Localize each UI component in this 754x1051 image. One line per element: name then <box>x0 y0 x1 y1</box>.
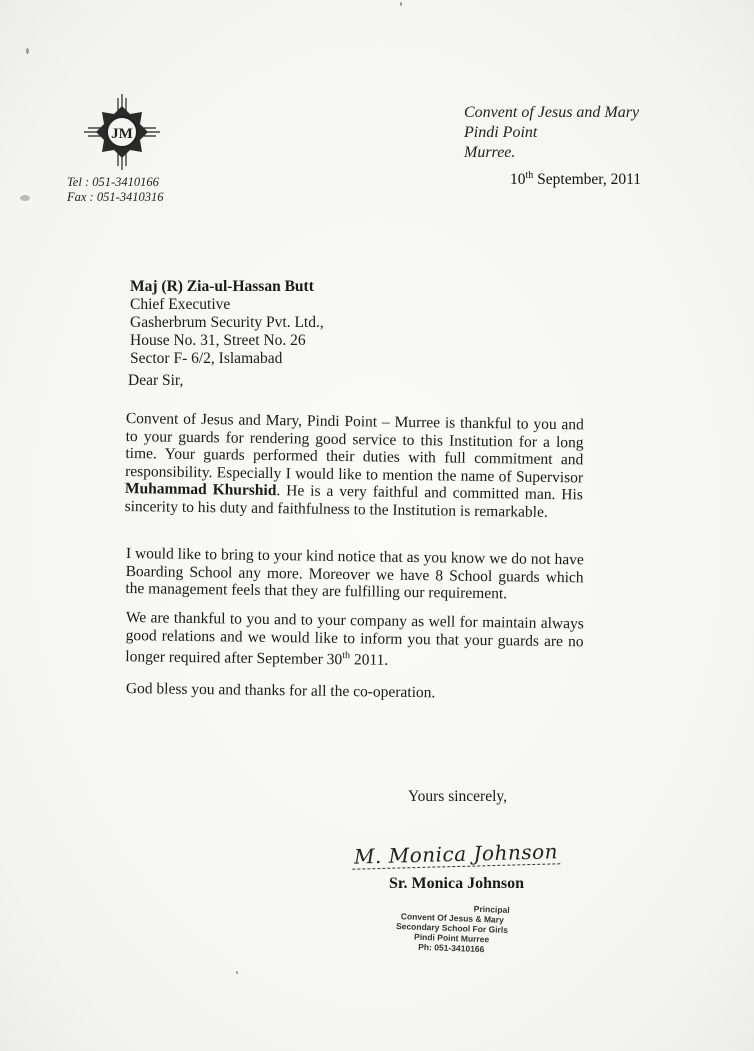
letter-date: 10th September, 2011 <box>510 170 641 189</box>
sender-address: Convent of Jesus and Mary Pindi Point Mu… <box>464 103 639 163</box>
sender-line: Pindi Point <box>464 123 639 143</box>
recipient-name: Maj (R) Zia-ul-Hassan Butt <box>130 278 324 296</box>
salutation: Dear Sir, <box>128 372 183 390</box>
fax-number: Fax : 051-3410316 <box>67 190 164 205</box>
supervisor-name: Muhammad Khurshid <box>125 480 277 499</box>
recipient-line: Sector F- 6/2, Islamabad <box>130 350 324 368</box>
svg-text:JM: JM <box>111 126 133 142</box>
signer-name: Sr. Monica Johnson <box>389 875 524 893</box>
recipient-line: House No. 31, Street No. 26 <box>130 332 324 350</box>
handwritten-signature: M. Monica Johnson <box>352 839 561 869</box>
recipient-line: Chief Executive <box>130 296 324 314</box>
letter-page: JM Tel : 051-3410166 Fax : 051-3410316 C… <box>0 0 754 1051</box>
body-paragraph-2: I would like to bring to your kind notic… <box>125 545 584 604</box>
sender-line: Convent of Jesus and Mary <box>464 103 639 123</box>
body-paragraph-3: We are thankful to you and to your compa… <box>125 609 584 672</box>
recipient-address: Maj (R) Zia-ul-Hassan Butt Chief Executi… <box>130 278 324 368</box>
contact-info: Tel : 051-3410166 Fax : 051-3410316 <box>67 175 164 205</box>
valediction: Yours sincerely, <box>408 788 507 806</box>
sender-line: Murree. <box>464 143 639 163</box>
convent-emblem-icon: JM <box>84 94 160 170</box>
official-stamp: Principal Convent Of Jesus & Mary Second… <box>392 901 512 955</box>
body-paragraph-1: Convent of Jesus and Mary, Pindi Point –… <box>125 410 584 521</box>
scan-speck <box>236 971 238 974</box>
recipient-line: Gasherbrum Security Pvt. Ltd., <box>130 314 324 332</box>
body-paragraph-4: God bless you and thanks for all the co-… <box>126 680 584 704</box>
scan-speck <box>400 2 402 6</box>
scan-speck <box>26 48 29 54</box>
telephone-number: Tel : 051-3410166 <box>67 175 164 190</box>
scan-speck <box>20 195 30 201</box>
